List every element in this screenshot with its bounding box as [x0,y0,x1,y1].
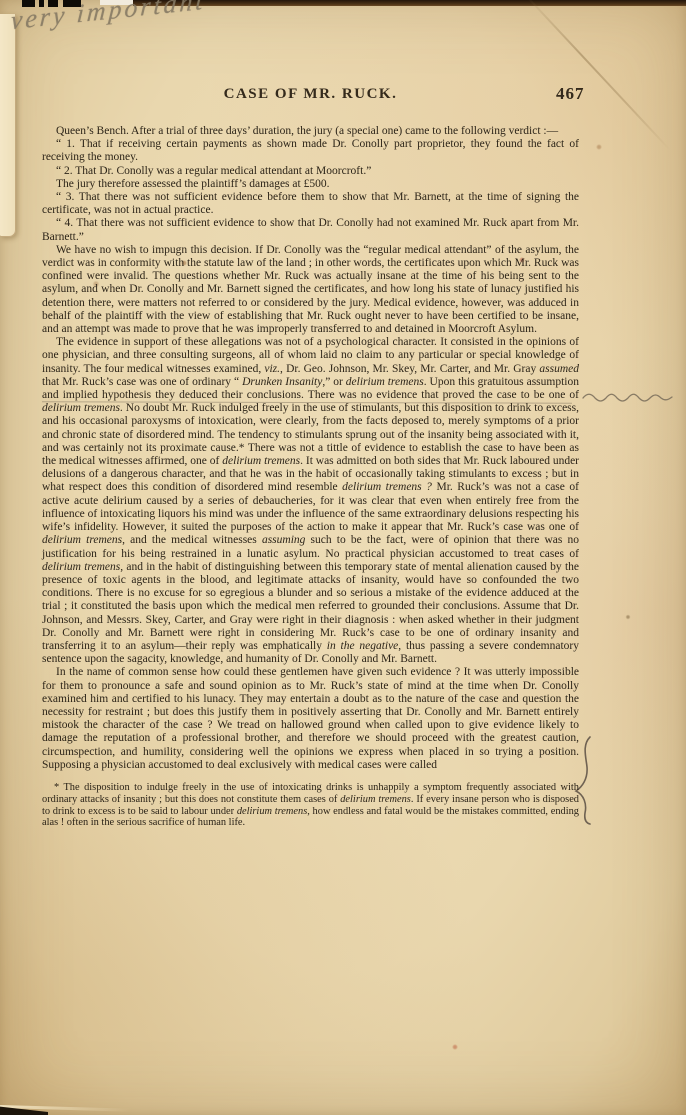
paragraph: “ 4. That there was not sufficient evide… [42,217,579,243]
page-title: CASE OF MR. RUCK. [42,86,579,103]
footnote: * The disposition to indulge freely in t… [42,782,579,829]
pencil-squiggle-mark [582,390,674,404]
paragraph: “ 3. That there was not sufficient evide… [42,191,579,217]
paragraphs-container: Queen’s Bench. After a trial of three da… [42,125,579,772]
paragraph: The jury therefore assessed the plaintif… [42,178,579,191]
paragraph: In the name of common sense how could th… [42,666,579,772]
paper-tab [0,14,16,237]
paragraph: * The disposition to indulge freely in t… [42,782,579,829]
handwritten-note: very important [10,0,207,36]
scanned-page: very important CASE OF MR. RUCK. 467 Que… [0,0,686,1115]
paragraph: “ 1. That if receiving certain payments … [42,138,579,164]
text-column: Queen’s Bench. After a trial of three da… [42,125,579,829]
paragraph: “ 2. That Dr. Conolly was a regular medi… [42,165,579,178]
paragraph: We have no wish to impugn this decision.… [42,244,579,336]
page-number: 467 [556,84,585,104]
book-binding-edge [133,0,686,6]
paragraph: The evidence in support of these allegat… [42,336,579,666]
paragraph: Queen’s Bench. After a trial of three da… [42,125,579,138]
